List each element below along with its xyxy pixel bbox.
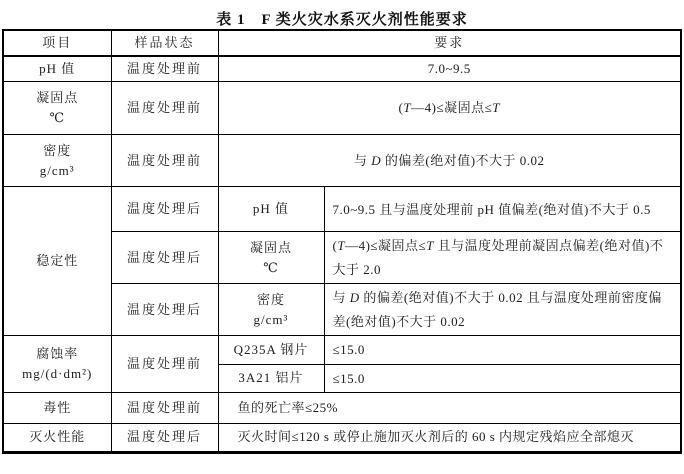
state-cell: 温度处理后 bbox=[111, 284, 218, 336]
state-cell: 温度处理前 bbox=[111, 393, 218, 424]
requirement-cell: (T—4)≤凝固点≤T 且与温度处理前凝固点偏差(绝对值)不大于 2.0 bbox=[324, 232, 681, 284]
state-cell: 温度处理后 bbox=[111, 232, 218, 284]
sub-item-cell: 凝固点 ℃ bbox=[218, 232, 324, 284]
requirement-cell: (T—4)≤凝固点≤T bbox=[218, 82, 681, 135]
requirement-cell: ≤15.0 bbox=[324, 364, 681, 392]
item-cell-corrosion: 腐蚀率 mg/(d·dm²) bbox=[3, 336, 111, 393]
item-label: 密度 bbox=[8, 141, 107, 161]
state-cell: 温度处理前 bbox=[111, 82, 218, 135]
item-cell: 灭火性能 bbox=[3, 424, 111, 453]
state-cell: 温度处理前 bbox=[111, 336, 218, 393]
sub-item-cell: pH 值 bbox=[218, 187, 324, 232]
column-header-requirement: 要求 bbox=[218, 30, 681, 56]
table-row-density: 密度 g/cm³ 温度处理前 与 D 的偏差(绝对值)不大于 0.02 bbox=[3, 135, 681, 187]
item-cell: 毒性 bbox=[3, 393, 111, 424]
table-row-toxicity: 毒性 温度处理前 鱼的死亡率≤25% bbox=[3, 393, 681, 424]
table-row-extinguishing-performance: 灭火性能 温度处理后 灭火时间≤120 s 或停止施加灭火剂后的 60 s 内规… bbox=[3, 424, 681, 453]
item-unit: ℃ bbox=[8, 108, 107, 128]
state-cell: 温度处理后 bbox=[111, 187, 218, 232]
state-cell: 温度处理前 bbox=[111, 56, 218, 82]
state-cell: 温度处理前 bbox=[111, 135, 218, 187]
table-row-freezing-point: 凝固点 ℃ 温度处理前 (T—4)≤凝固点≤T bbox=[3, 82, 681, 135]
table-title: 表 1 F 类火灾水系灭火剂性能要求 bbox=[0, 0, 684, 18]
sub-item-unit: ℃ bbox=[223, 258, 320, 278]
table-header: 项目 样品状态 要求 bbox=[3, 30, 681, 56]
table-row-corrosion-steel: 腐蚀率 mg/(d·dm²) 温度处理前 Q235A 钢片 ≤15.0 bbox=[3, 336, 681, 364]
item-cell: 凝固点 ℃ bbox=[3, 82, 111, 135]
requirement-cell: 与 D 的偏差(绝对值)不大于 0.02 bbox=[218, 135, 681, 187]
item-cell: 密度 g/cm³ bbox=[3, 135, 111, 187]
item-unit: mg/(d·dm²) bbox=[8, 364, 107, 384]
requirement-cell: 鱼的死亡率≤25% bbox=[218, 393, 681, 424]
table-row-stability-ph: 稳定性 温度处理后 pH 值 7.0~9.5 且与温度处理前 pH 值偏差(绝对… bbox=[3, 187, 681, 232]
table-body: pH 值 温度处理前 7.0~9.5 凝固点 ℃ 温度处理前 (T—4)≤凝固点… bbox=[3, 56, 681, 452]
item-cell-stability: 稳定性 bbox=[3, 187, 111, 336]
sub-item-cell: 密度 g/cm³ bbox=[218, 284, 324, 336]
item-unit: g/cm³ bbox=[8, 161, 107, 181]
requirement-cell: 灭火时间≤120 s 或停止施加灭火剂后的 60 s 内规定残焰应全部熄灭 bbox=[218, 424, 681, 453]
sub-item-cell: Q235A 钢片 bbox=[218, 336, 324, 364]
requirement-cell: 与 D 的偏差(绝对值)不大于 0.02 且与温度处理前密度偏差(绝对值)不大于… bbox=[324, 284, 681, 336]
header-row: 项目 样品状态 要求 bbox=[3, 30, 681, 56]
sub-item-cell: 3A21 铝片 bbox=[218, 364, 324, 392]
sub-item-unit: g/cm³ bbox=[223, 310, 320, 330]
table-row-ph: pH 值 温度处理前 7.0~9.5 bbox=[3, 56, 681, 82]
column-header-item: 项目 bbox=[3, 30, 111, 56]
sub-item-label: 凝固点 bbox=[223, 238, 320, 258]
state-cell: 温度处理后 bbox=[111, 424, 218, 453]
sub-item-label: 密度 bbox=[223, 290, 320, 310]
column-header-state: 样品状态 bbox=[111, 30, 218, 56]
requirement-cell: 7.0~9.5 bbox=[218, 56, 681, 82]
requirement-cell: 7.0~9.5 且与温度处理前 pH 值偏差(绝对值)不大于 0.5 bbox=[324, 187, 681, 232]
item-cell: pH 值 bbox=[3, 56, 111, 82]
performance-requirements-table: 项目 样品状态 要求 pH 值 温度处理前 7.0~9.5 凝固点 ℃ 温度处理… bbox=[2, 29, 682, 454]
item-label: 腐蚀率 bbox=[8, 344, 107, 364]
requirement-cell: ≤15.0 bbox=[324, 336, 681, 364]
item-label: 凝固点 bbox=[8, 88, 107, 108]
